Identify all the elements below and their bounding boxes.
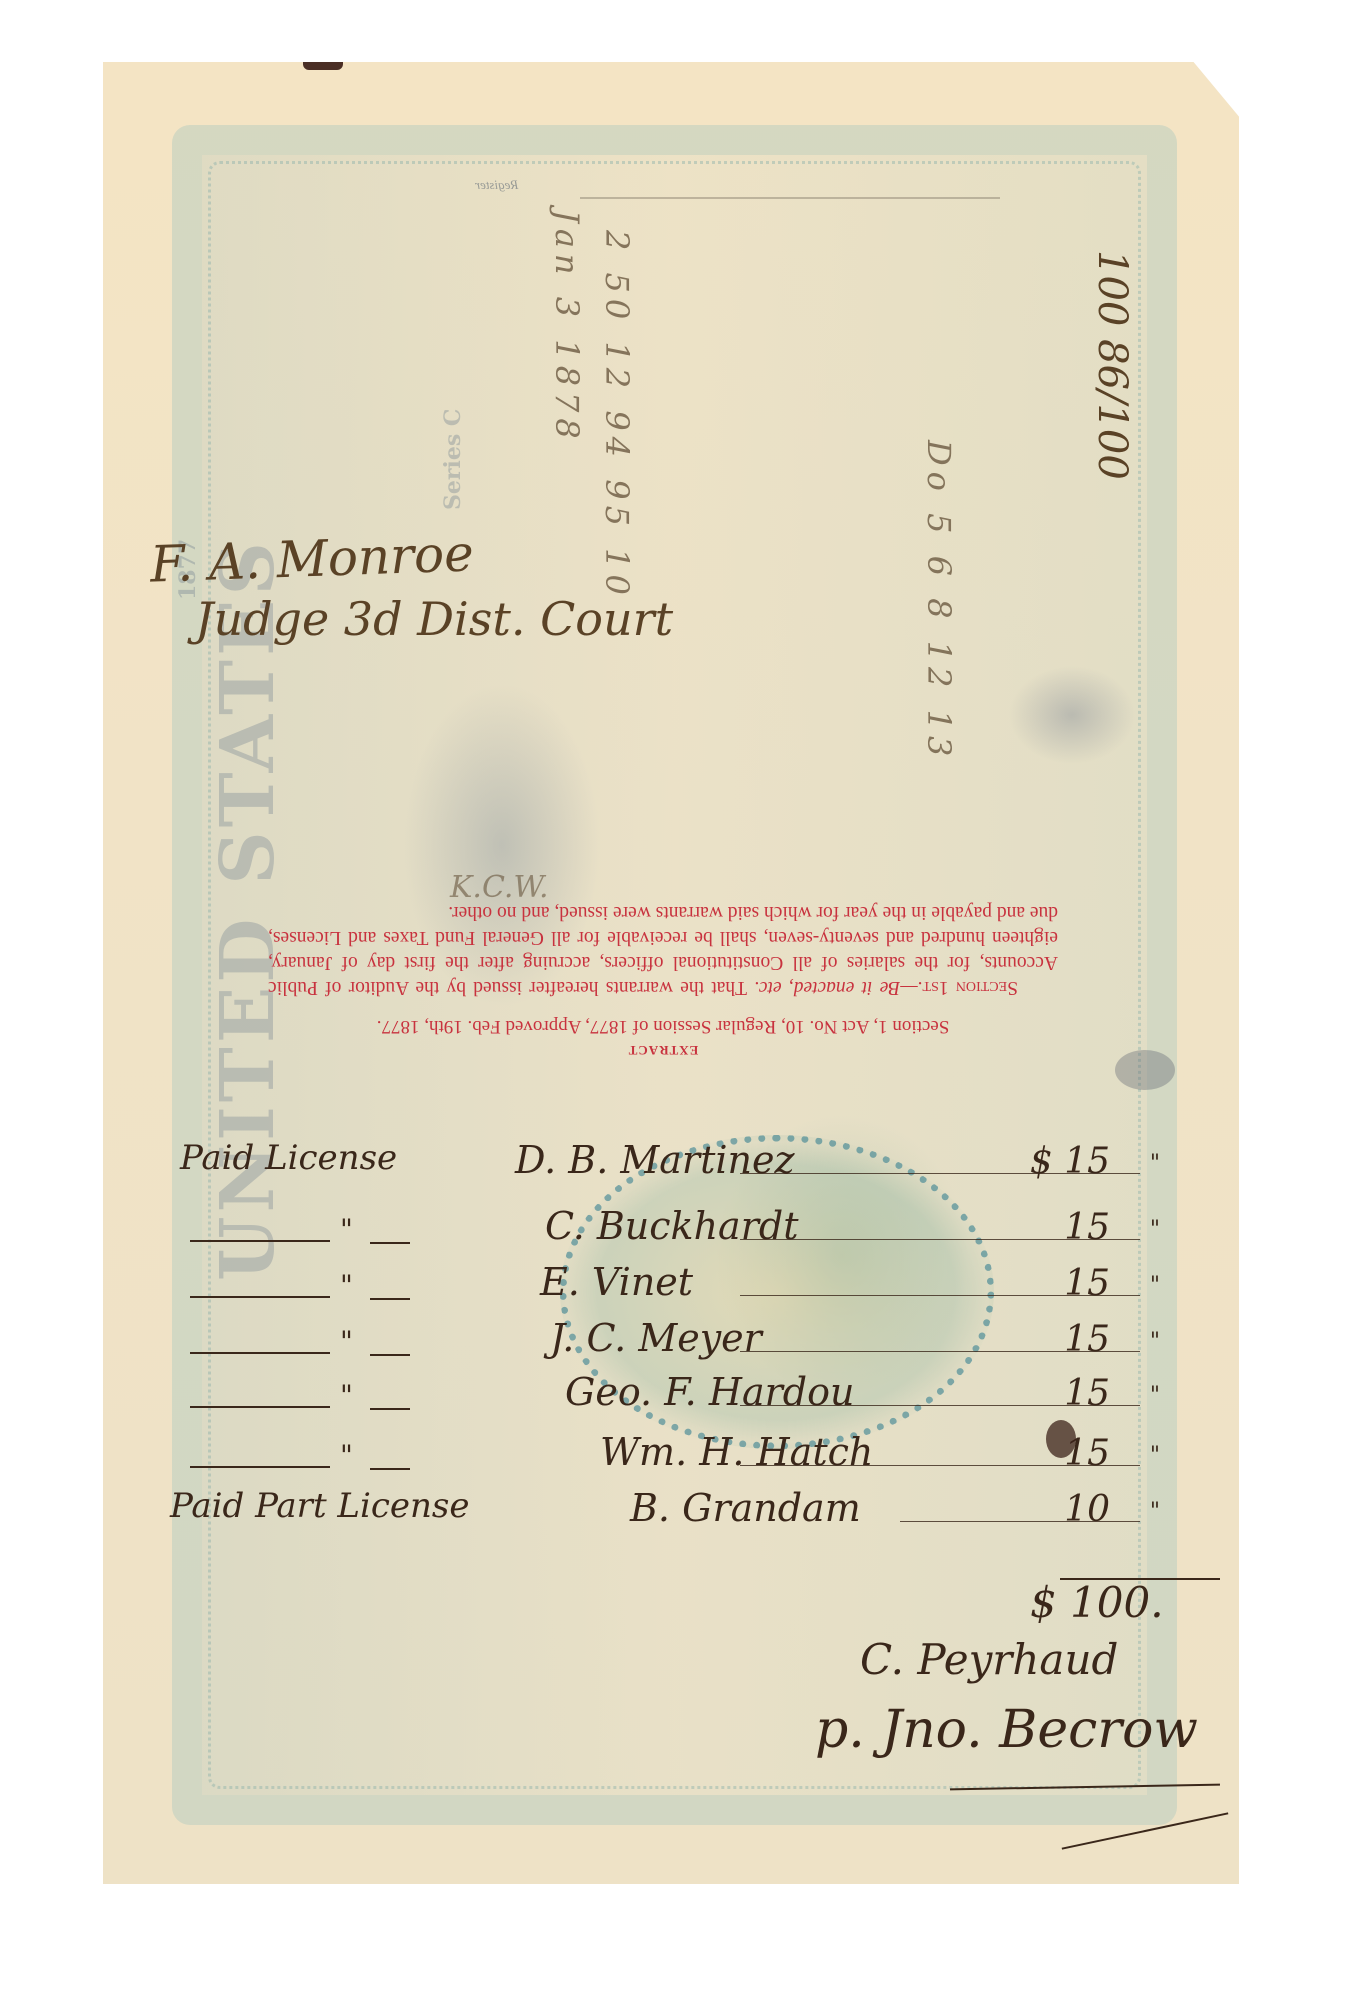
row-mark: " xyxy=(1150,1217,1160,1242)
row-amount: 10 xyxy=(1064,1489,1110,1530)
extract-body: Section 1st.—Be it enacted, etc. That th… xyxy=(268,900,1058,1000)
row-mark: " xyxy=(1150,1273,1160,1298)
signature-becrow: p. Jno. Becrow xyxy=(815,1700,1198,1760)
ditto-mark: " xyxy=(340,1269,353,1302)
judge-signature: F. A. Monroe xyxy=(149,524,475,593)
row-amount: $ 15 xyxy=(1030,1141,1110,1182)
ink-blot xyxy=(1046,1420,1076,1458)
ditto-dash xyxy=(190,1352,330,1354)
row-amount: 15 xyxy=(1064,1263,1110,1304)
licensee-name: Geo. F. Hardou xyxy=(565,1370,854,1414)
vertical-column-3: Do 5 6 8 12 13 xyxy=(920,440,958,820)
signature-peyrhaud: C. Peyrhaud xyxy=(860,1635,1118,1684)
bleed-series: Series C xyxy=(440,310,466,510)
ink-smudge xyxy=(1115,1050,1175,1090)
ledger-total: $ 100. xyxy=(1030,1578,1164,1627)
ledger-row: Paid License D. B. Martinez $ 15 " xyxy=(180,1140,1200,1184)
ledger-row: " E. Vinet 15 " xyxy=(180,1262,1200,1306)
register-line xyxy=(580,197,1000,199)
paper-notch xyxy=(303,62,343,70)
ditto-dash xyxy=(370,1242,410,1244)
printed-extract: EXTRACT Section 1, Act No. 10, Regular S… xyxy=(268,900,1058,1061)
judge-title: Judge 3d Dist. Court xyxy=(195,592,673,646)
row-mark: " xyxy=(1150,1383,1160,1408)
row-mark: " xyxy=(1150,1443,1160,1468)
section-label: Section 1st. xyxy=(918,977,1018,998)
ditto-dash xyxy=(370,1408,410,1410)
row-amount: 15 xyxy=(1064,1373,1110,1414)
extract-citation: Section 1, Act No. 10, Regular Session o… xyxy=(268,1014,1058,1039)
licensee-name: B. Grandam xyxy=(630,1486,861,1530)
row-mark: " xyxy=(1150,1499,1160,1524)
licensee-name: C. Buckhardt xyxy=(545,1204,798,1248)
ledger-row: " J. C. Meyer 15 " xyxy=(180,1318,1200,1362)
row-mark: " xyxy=(1150,1329,1160,1354)
row-mark: " xyxy=(1150,1151,1160,1176)
ditto-mark: " xyxy=(340,1439,353,1472)
vertical-column-1: Jan 3 1878 xyxy=(548,210,586,730)
ditto-dash xyxy=(190,1240,330,1242)
ditto-mark: " xyxy=(340,1379,353,1412)
ditto-dash xyxy=(370,1468,410,1470)
ledger-row: Paid Part License B. Grandam 10 " xyxy=(180,1488,1200,1532)
ditto-dash xyxy=(190,1406,330,1408)
enacting-clause: —Be it enacted, etc. xyxy=(754,977,918,998)
register-label: Register xyxy=(475,177,518,193)
licensee-name: Wm. H. Hatch xyxy=(600,1430,873,1474)
row-label: Paid License xyxy=(180,1138,397,1178)
licensee-name: J. C. Meyer xyxy=(550,1316,762,1360)
ditto-dash xyxy=(370,1354,410,1356)
ditto-dash xyxy=(190,1466,330,1468)
licensee-name: E. Vinet xyxy=(540,1260,693,1304)
vertical-column-2: 2 50 12 94 95 10 xyxy=(598,230,636,810)
licensee-name: D. B. Martinez xyxy=(515,1138,795,1182)
row-amount: 15 xyxy=(1064,1207,1110,1248)
row-amount: 15 xyxy=(1064,1319,1110,1360)
ledger-row: " Geo. F. Hardou 15 " xyxy=(180,1372,1200,1416)
ditto-dash xyxy=(190,1296,330,1298)
ditto-mark: " xyxy=(340,1213,353,1246)
ledger-row: " C. Buckhardt 15 " xyxy=(180,1206,1200,1250)
ditto-mark: " xyxy=(340,1325,353,1358)
vertical-amount: 100 86/100 xyxy=(1089,250,1135,480)
extract-heading: EXTRACT xyxy=(268,1039,1058,1061)
ditto-dash xyxy=(370,1298,410,1300)
row-label: Paid Part License xyxy=(170,1486,470,1526)
